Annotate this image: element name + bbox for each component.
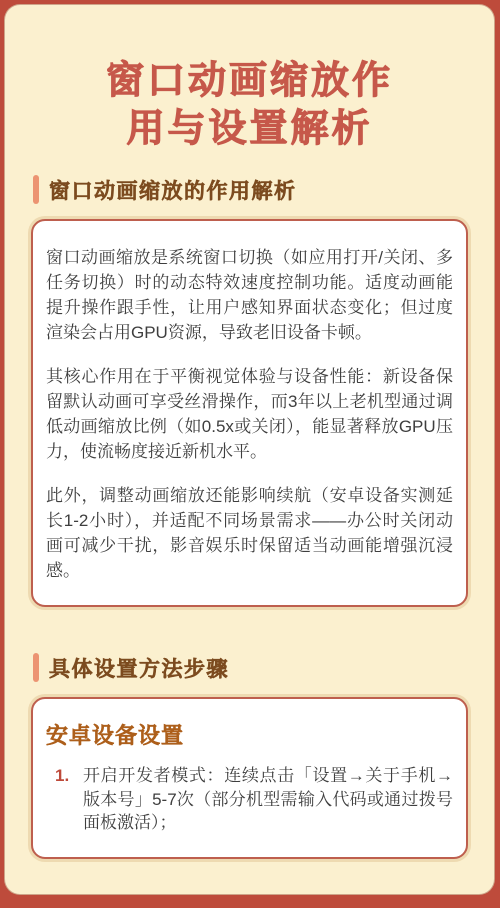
android-settings-subheading: 安卓设备设置 bbox=[46, 719, 453, 750]
settings-card: 安卓设备设置 1. 开启开发者模式：连续点击「设置→关于手机→版本号」5-7次（… bbox=[31, 697, 468, 859]
section-title-analysis: 窗口动画缩放的作用解析 bbox=[49, 173, 297, 205]
settings-steps-list: 1. 开启开发者模式：连续点击「设置→关于手机→版本号」5-7次（部分机型需输入… bbox=[46, 764, 453, 835]
section-accent-bar bbox=[33, 653, 39, 682]
section-title-settings: 具体设置方法步骤 bbox=[49, 651, 229, 683]
settings-step-1: 1. 开启开发者模式：连续点击「设置→关于手机→版本号」5-7次（部分机型需输入… bbox=[55, 764, 453, 835]
section-accent-bar bbox=[33, 175, 39, 204]
analysis-paragraph-3: 此外，调整动画缩放还能影响续航（安卓设备实测延长1-2小时），并适配不同场景需求… bbox=[46, 483, 453, 583]
analysis-paragraph-2: 其核心作用在于平衡视觉体验与设备性能：新设备保留默认动画可享受丝滑操作，而3年以… bbox=[46, 364, 453, 464]
analysis-paragraph-1: 窗口动画缩放是系统窗口切换（如应用打开/关闭、多任务切换）时的动态特效速度控制功… bbox=[46, 245, 453, 345]
page-title: 窗口动画缩放作 用与设置解析 bbox=[5, 57, 494, 153]
page-title-line2: 用与设置解析 bbox=[5, 105, 494, 153]
step-number: 1. bbox=[55, 764, 83, 788]
step-text: 开启开发者模式：连续点击「设置→关于手机→版本号」5-7次（部分机型需输入代码或… bbox=[83, 764, 453, 835]
infographic-page: 窗口动画缩放作 用与设置解析 窗口动画缩放的作用解析 窗口动画缩放是系统窗口切换… bbox=[0, 0, 500, 908]
analysis-card: 窗口动画缩放是系统窗口切换（如应用打开/关闭、多任务切换）时的动态特效速度控制功… bbox=[31, 219, 468, 607]
page-title-line1: 窗口动画缩放作 bbox=[5, 57, 494, 105]
section-header-analysis: 窗口动画缩放的作用解析 bbox=[33, 173, 494, 205]
content-panel: 窗口动画缩放作 用与设置解析 窗口动画缩放的作用解析 窗口动画缩放是系统窗口切换… bbox=[4, 4, 495, 895]
section-header-settings: 具体设置方法步骤 bbox=[33, 651, 494, 683]
